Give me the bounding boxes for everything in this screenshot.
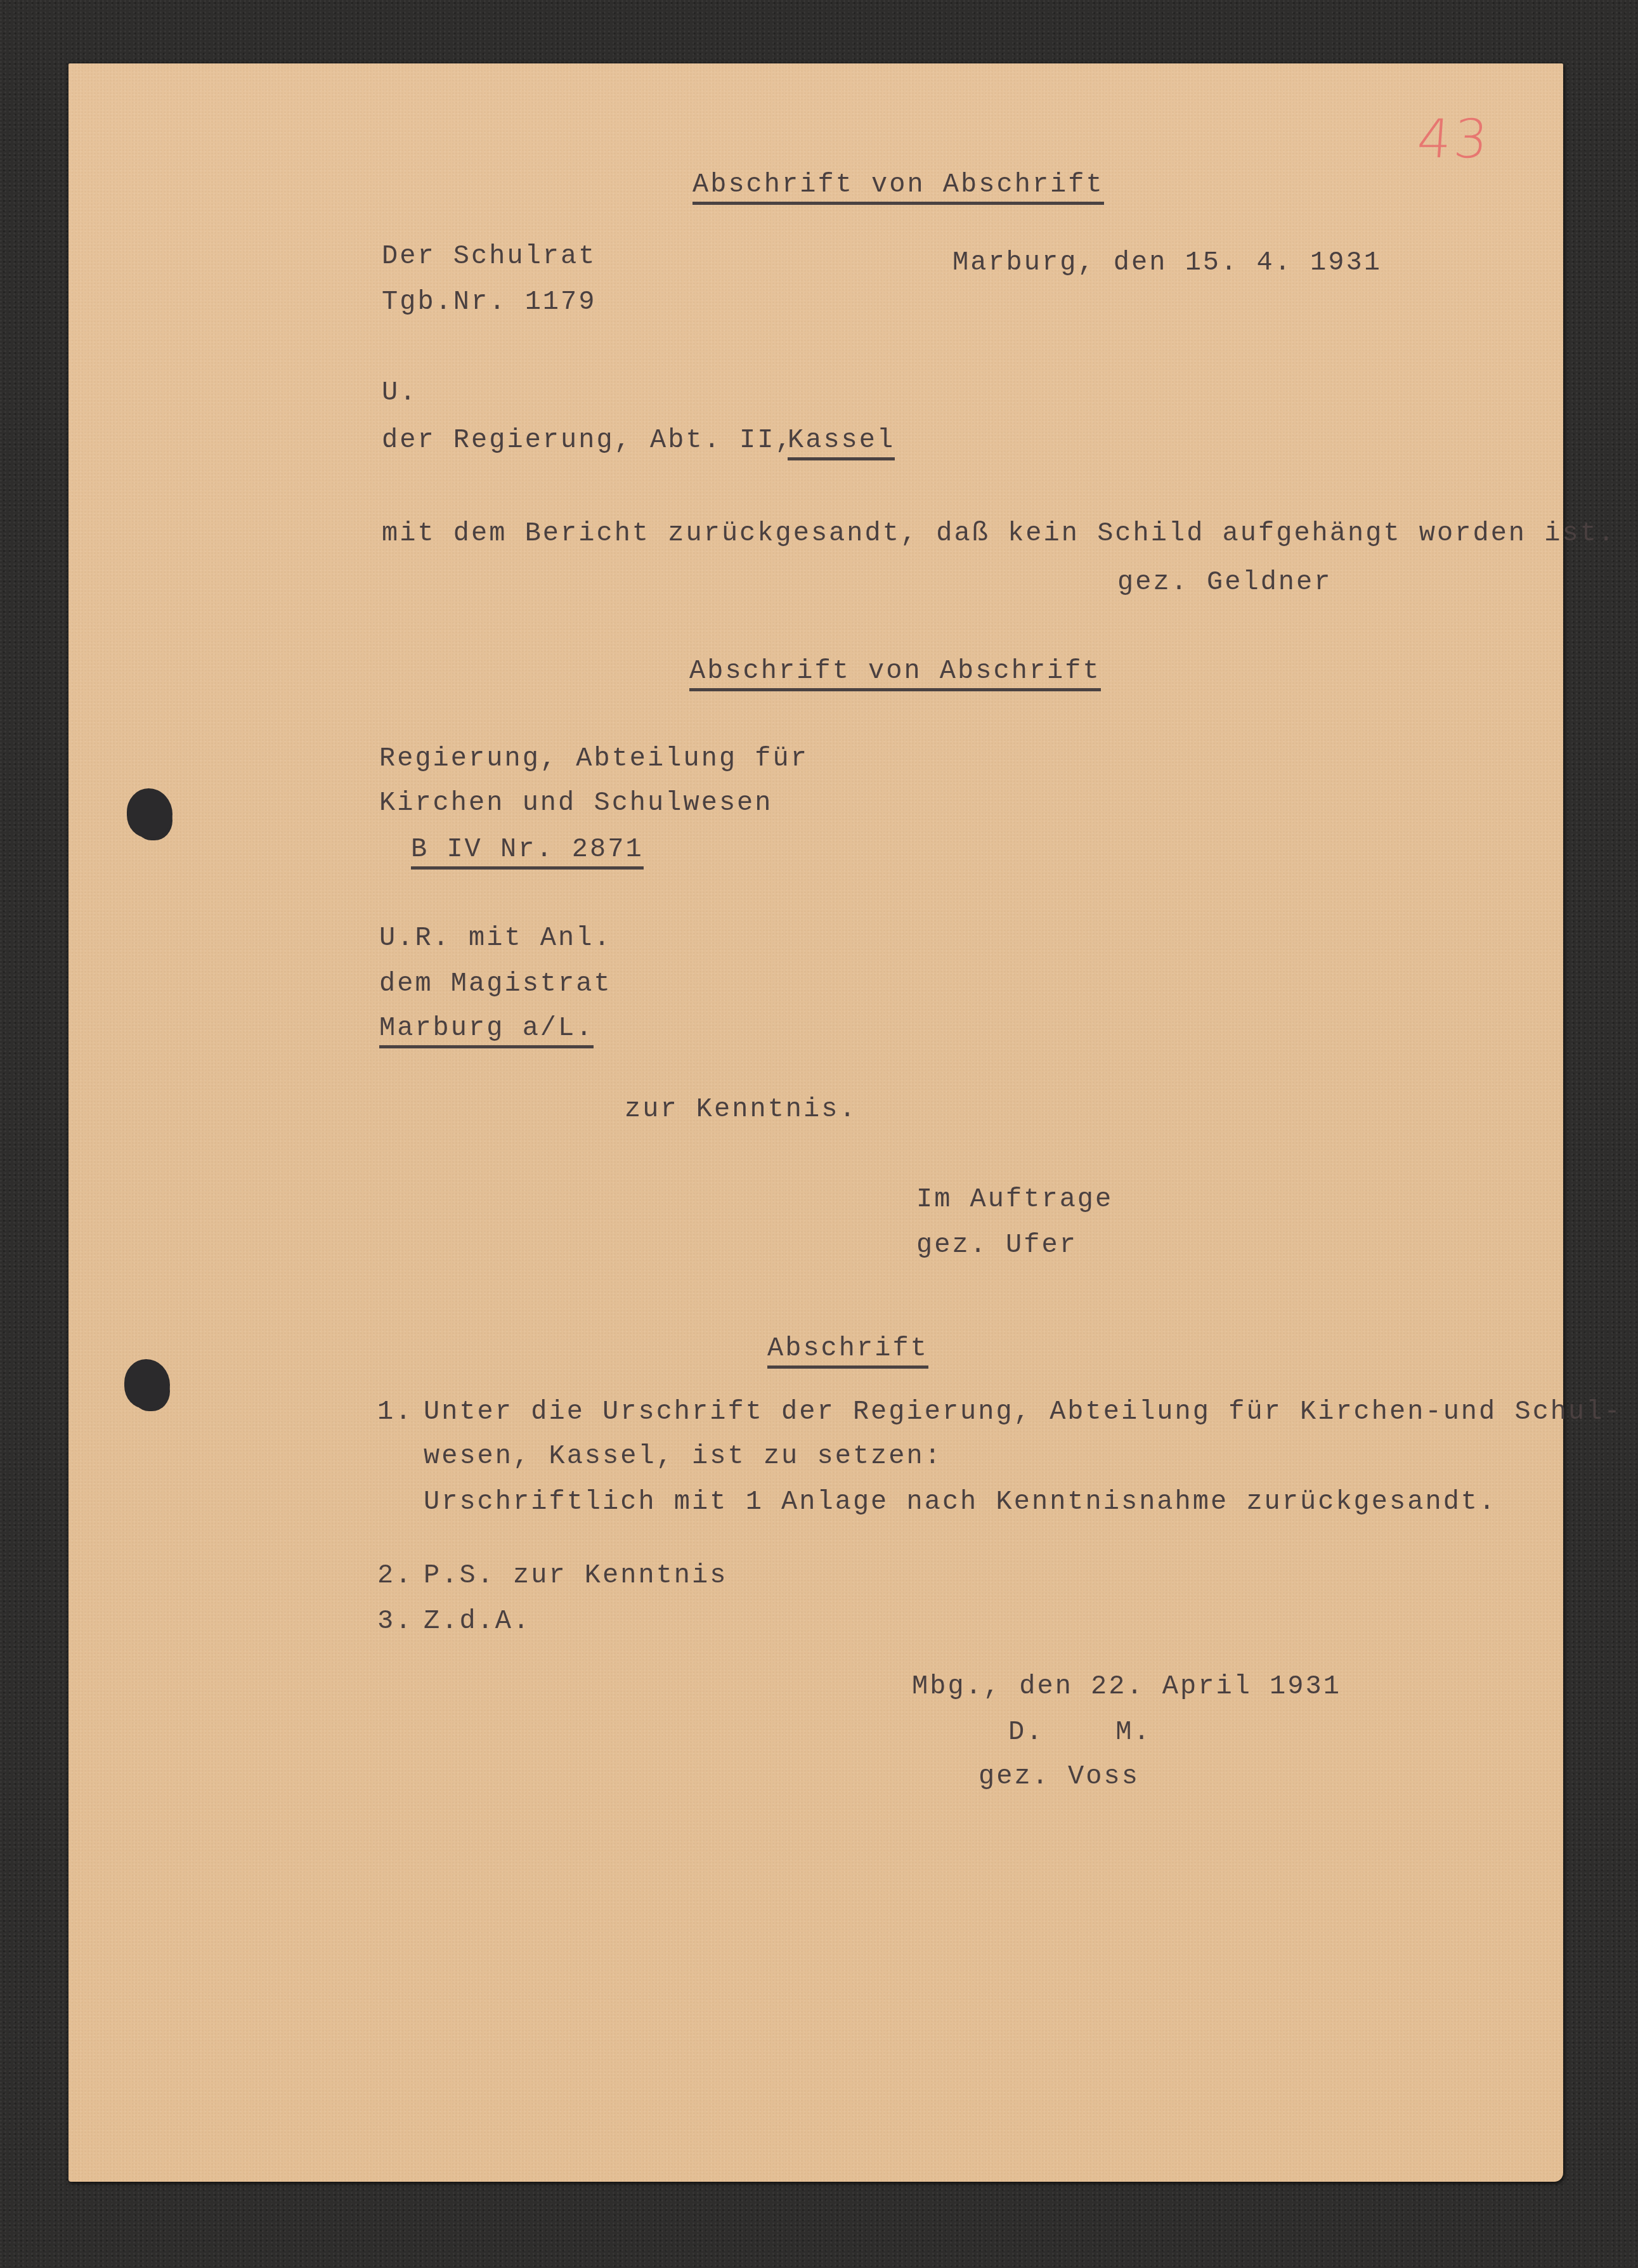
punch-hole-bottom [124,1359,170,1409]
recipient-city: Kassel [788,427,895,460]
prefix: U. [382,379,417,406]
section-heading: Abschrift von Abschrift [689,658,1101,691]
authority: D. M. [1008,1719,1152,1745]
item-number: 3. [377,1608,413,1634]
place-date: Mbg., den 22. April 1931 [912,1673,1341,1700]
forward-recipient-city: Marburg a/L. [379,1015,594,1048]
item-text: P.S. zur Kenntnis [424,1562,727,1589]
sender-line: Regierung, Abteilung für [379,745,809,772]
place-date: Marburg, den 15. 4. 1931 [952,249,1382,276]
forward-line: dem Magistrat [379,970,612,997]
body-text: mit dem Bericht zurückgesandt, daß kein … [382,520,1616,547]
item-text: Unter die Urschrift der Regierung, Abtei… [424,1398,1622,1425]
item-text: Urschriftlich mit 1 Anlage nach Kenntnis… [424,1489,1497,1515]
item-text: Z.d.A. [424,1608,531,1634]
forward-line: U.R. mit Anl. [379,925,612,951]
signature-line: Im Auftrage [916,1186,1113,1213]
signature: gez. Voss [978,1763,1140,1790]
section-heading: Abschrift [767,1335,928,1369]
signature: gez. Geldner [1117,569,1332,596]
reference-number: B IV Nr. 2871 [411,836,644,870]
punch-hole-top [127,788,172,838]
signature-line: gez. Ufer [916,1232,1077,1258]
sender: Der Schulrat [382,243,596,270]
sender-line: Kirchen und Schulwesen [379,790,773,816]
reference-number: Tgb.Nr. 1179 [382,289,596,315]
recipient: der Regierung, Abt. II, [382,427,793,453]
section-heading: Abschrift von Abschrift [692,171,1104,205]
page-number: 43 [1415,108,1493,170]
item-text: wesen, Kassel, ist zu setzen: [424,1443,942,1470]
item-number: 1. [377,1398,413,1425]
note: zur Kenntnis. [625,1096,857,1123]
item-number: 2. [377,1562,413,1589]
